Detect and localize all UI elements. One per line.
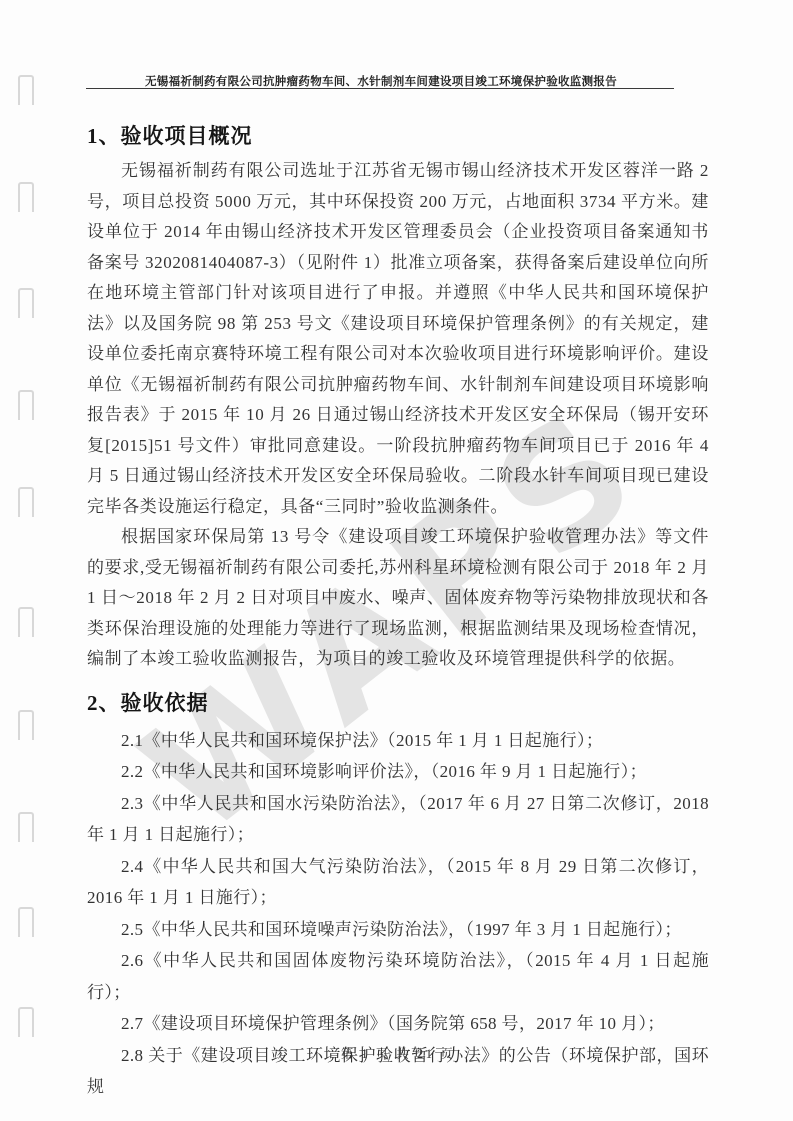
binding-hole-mark (18, 182, 34, 212)
reference-item: 2.1《中华人民共和国环境保护法》（2015 年 1 月 1 日起施行）； (87, 725, 709, 757)
reference-item: 2.4《中华人民共和国大气污染防治法》，（2015 年 8 月 29 日第二次修… (87, 851, 709, 914)
page-number-footer: 第 1 页 共 21 页 (87, 1044, 709, 1062)
section-2-heading: 2、验收依据 (87, 689, 709, 717)
section-1-paragraph: 根据国家环保局第 13 号令《建设项目竣工环境保护验收管理办法》等文件的要求,受… (87, 522, 709, 675)
binding-hole-mark (18, 607, 34, 637)
section-1-paragraph: 无锡福祈制药有限公司选址于江苏省无锡市锡山经济技术开发区蓉洋一路 2 号，项目总… (87, 156, 709, 522)
binding-hole-mark (18, 487, 34, 517)
binding-hole-mark (18, 1007, 34, 1037)
reference-item: 2.2《中华人民共和国环境影响评价法》，（2016 年 9 月 1 日起施行）； (87, 756, 709, 788)
document-page: WAPS 无锡福祈制药有限公司抗肿瘤药物车间、水针制剂车间建设项目竣工环境保护验… (0, 0, 793, 1121)
document-body: 1、验收项目概况 无锡福祈制药有限公司选址于江苏省无锡市锡山经济技术开发区蓉洋一… (87, 112, 709, 1103)
reference-item: 2.5《中华人民共和国环境噪声污染防治法》，（1997 年 3 月 1 日起施行… (87, 914, 709, 946)
binding-hole-mark (18, 710, 34, 740)
reference-item: 2.3《中华人民共和国水污染防治法》，（2017 年 6 月 27 日第二次修订… (87, 788, 709, 851)
binding-hole-mark (18, 288, 34, 318)
binding-hole-mark (18, 812, 34, 842)
binding-hole-mark (18, 390, 34, 420)
header-rule (86, 88, 674, 89)
reference-item: 2.6《中华人民共和国固体废物污染环境防治法》，（2015 年 4 月 1 日起… (87, 945, 709, 1008)
reference-item: 2.7《建设项目环境保护管理条例》（国务院第 658 号，2017 年 10 月… (87, 1008, 709, 1040)
binding-hole-mark (18, 907, 34, 937)
binding-hole-mark (18, 75, 34, 105)
running-header-title: 无锡福祈制药有限公司抗肿瘤药物车间、水针制剂车间建设项目竣工环境保护验收监测报告 (86, 73, 676, 89)
section-1-heading: 1、验收项目概况 (87, 122, 709, 150)
